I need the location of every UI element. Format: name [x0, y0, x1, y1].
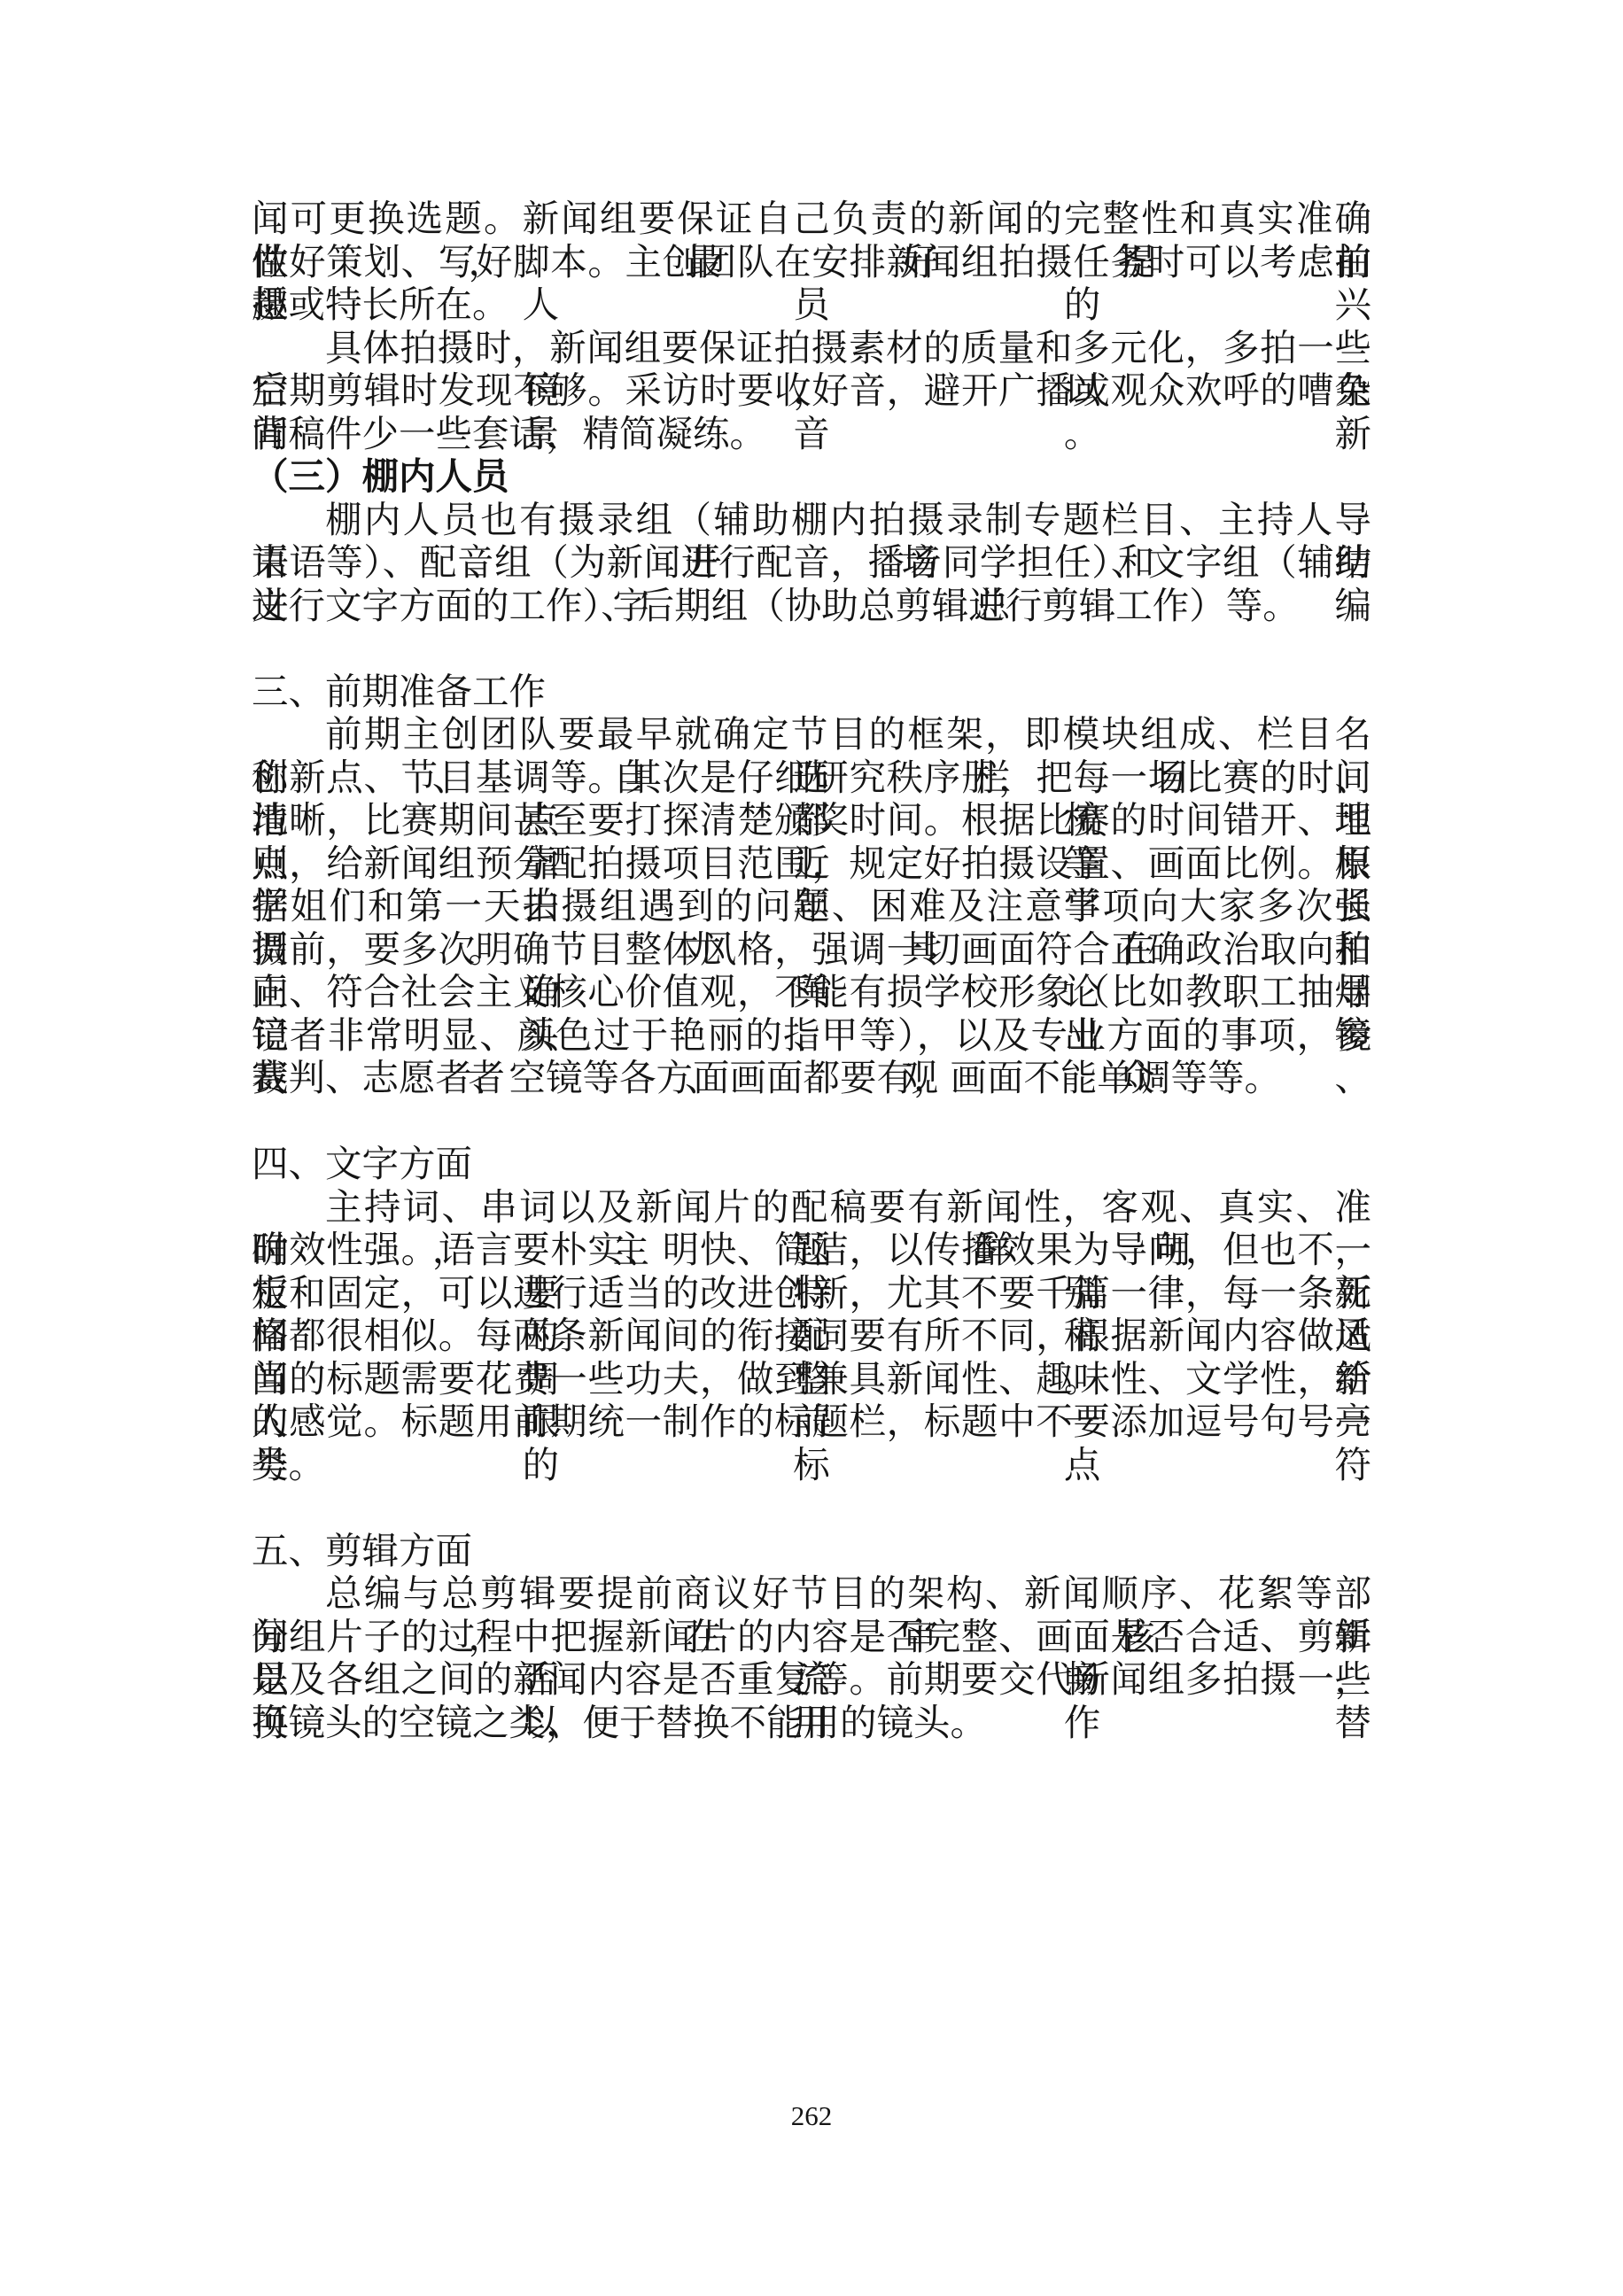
body-line: 总编与总剪辑要提前商议好节目的架构、新闻顺序、花絮等部分，在审核新 — [252, 1572, 1371, 1616]
blank-line — [252, 1486, 1371, 1530]
body-line: 清晰，比赛期间甚至要打探清楚颁奖时间。根据比赛的时间错开、地点靠近等原 — [252, 799, 1371, 842]
blank-line — [252, 627, 1371, 671]
body-line: 束语等）、配音组（为新闻进行配音，播音同学担任）、文字组（辅助文字总编 — [252, 541, 1371, 585]
body-line: 进行文字方面的工作）、后期组（协助总剪辑进行剪辑工作）等。 — [252, 585, 1371, 628]
body-line: 前期主创团队要最早就确定节目的框架，即模块组成、栏目名称、自选栏目、 — [252, 713, 1371, 756]
body-line: 闻的标题需要花费一些功夫，做到兼具新闻性、趣味性、文学性，给人眼前一亮 — [252, 1358, 1371, 1401]
body-line: 主持词、串词以及新闻片的配稿要有新闻性，客观、真实、准确，主题鲜明， — [252, 1186, 1371, 1229]
body-line: 做好策划、写好脚本。主创团队在安排新闻组拍摄任务时可以考虑拍摄人员的兴 — [252, 241, 1371, 284]
body-line: 闻可更换选题。新闻组要保证自己负责的新闻的完整性和真实准确性，最好提前 — [252, 198, 1371, 241]
body-line: 创新点、节目基调等。其次是仔细研究秩序册，把每一场比赛的时间地点都梳理 — [252, 756, 1371, 800]
body-line: 板和固定，可以进行适当的改进创新，尤其不要千篇一律，每一条新闻的配稿风 — [252, 1272, 1371, 1315]
text-column: 闻可更换选题。新闻组要保证自己负责的新闻的完整性和真实准确性，最好提前 做好策划… — [252, 198, 1371, 1744]
body-line: 裁判、志愿者、空镜等各方面画面都要有，画面不能单调等等。 — [252, 1057, 1371, 1100]
blank-line — [252, 1100, 1371, 1144]
section-heading-preparation: 三、前期准备工作 — [252, 671, 1371, 714]
body-line: 时效性强。语言要朴实、明快、简洁，以传播效果为导向，但也不一定要特别死 — [252, 1229, 1371, 1272]
body-line: 记者非常明显、颜色过于艳丽的指甲等），以及专业方面的事项，参赛者、观众、 — [252, 1014, 1371, 1058]
body-line: 则，给新闻组预分配拍摄项目范围，规定好拍摄设置、画面比例。根据去年学长 — [252, 842, 1371, 886]
body-line: 摄前，要多次明确节目整体风格，强调一切画面符合正确政治取向和正确舆论导 — [252, 928, 1371, 972]
body-line: 的感觉。标题用前期统一制作的标题栏，标题中不要添加逗号句号一类的标点符 — [252, 1400, 1371, 1444]
document-page: 闻可更换选题。新闻组要保证自己负责的新闻的完整性和真实准确性，最好提前 做好策划… — [0, 0, 1623, 2296]
body-line: 向、符合社会主义核心价值观，不能有损学校形象（比如教职工抽烟镜头、出镜 — [252, 971, 1371, 1014]
section-heading-editing: 五、剪辑方面 — [252, 1530, 1371, 1573]
body-line: 以及各组之间的新闻内容是否重复等。前期要交代新闻组多拍摄一些可以用作替 — [252, 1658, 1371, 1702]
page-number: 262 — [0, 2101, 1623, 2131]
body-line: 后期剪辑时发现不够。采访时要收好音，避开广播或观众欢呼的嘈杂背景音。新 — [252, 369, 1371, 413]
section-heading-shed-staff: （三）棚内人员 — [252, 455, 1371, 499]
section-heading-writing: 四、文字方面 — [252, 1143, 1371, 1186]
body-line: 格都很相似。每两条新闻间的衔接词要有所不同，根据新闻内容做适当调整。新 — [252, 1315, 1371, 1358]
body-line: 棚内人员也有摄录组（辅助棚内拍摄录制专题栏目、主持人导语、开场和结 — [252, 499, 1371, 542]
body-line: 具体拍摄时，新闻组要保证拍摄素材的质量和多元化，多拍一些空镜，以免 — [252, 327, 1371, 370]
body-line: 学姐们和第一天拍摄组遇到的问题、困难及注意事项向大家多次强调。尤其在拍 — [252, 885, 1371, 928]
body-line: 闻组片子的过程中把握新闻片的内容是否完整、画面是否合适、剪辑是否流畅， — [252, 1616, 1371, 1659]
